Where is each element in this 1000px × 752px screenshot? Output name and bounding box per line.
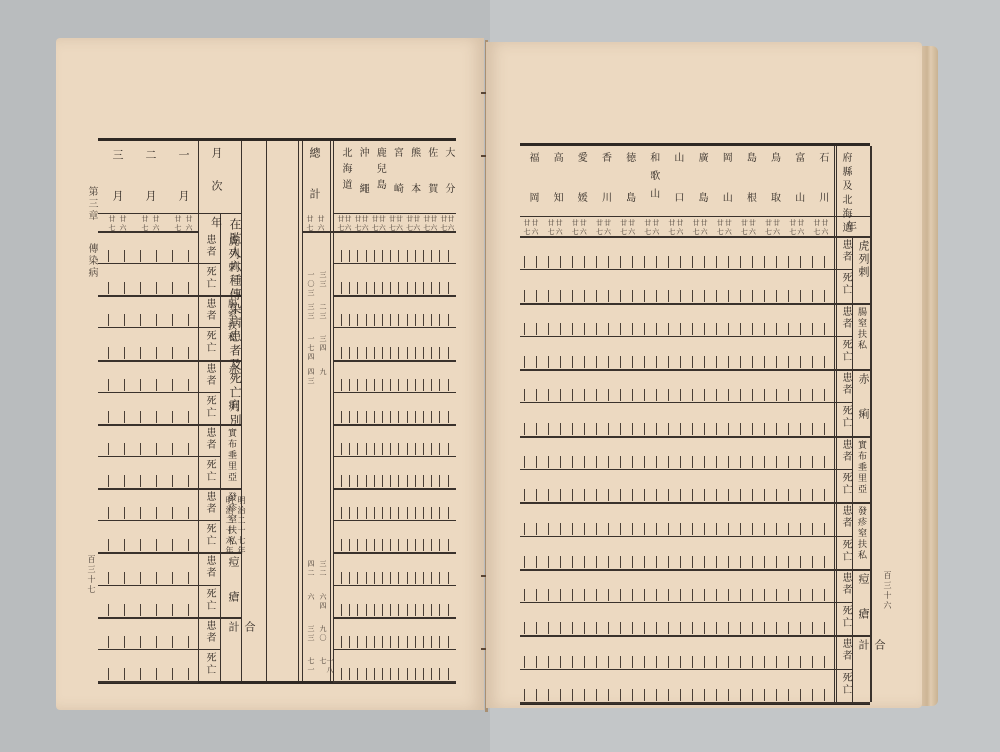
row-divider: [520, 635, 870, 637]
data-tick: [644, 489, 645, 501]
data-tick: [156, 443, 157, 455]
data-tick: [536, 589, 537, 601]
data-tick: [800, 290, 801, 302]
row-divider: [98, 295, 198, 297]
disease-name: 實布埀里亞: [225, 428, 238, 483]
data-tick: [188, 443, 189, 455]
row-divider: [520, 669, 852, 670]
data-tick: [800, 256, 801, 268]
data-tick: [692, 290, 693, 302]
data-tick: [382, 250, 383, 262]
data-tick: [407, 572, 408, 584]
data-tick: [382, 507, 383, 519]
data-tick: [108, 347, 109, 359]
row-label: 死亡: [202, 395, 217, 419]
data-tick: [788, 423, 789, 435]
total-value: 七一: [307, 657, 314, 675]
year-label: 廿七: [547, 219, 555, 237]
row-divider: [520, 402, 852, 403]
data-tick: [608, 456, 609, 468]
data-tick: [366, 250, 367, 262]
data-tick: [632, 622, 633, 634]
data-tick: [172, 379, 173, 391]
divider: [834, 146, 835, 702]
total-value: 三三: [307, 303, 314, 321]
data-tick: [398, 539, 399, 551]
data-tick: [374, 604, 375, 616]
data-tick: [752, 356, 753, 368]
row-label: 患者: [202, 491, 217, 515]
data-tick: [656, 456, 657, 468]
data-tick: [439, 475, 440, 487]
data-tick: [390, 668, 391, 680]
disease-name: 合計: [225, 621, 257, 681]
data-tick: [390, 411, 391, 423]
data-tick: [728, 456, 729, 468]
data-tick: [536, 456, 537, 468]
row-divider: [333, 649, 456, 650]
data-tick: [374, 572, 375, 584]
data-tick: [341, 668, 342, 680]
data-tick: [716, 456, 717, 468]
year-label: 廿六: [413, 215, 421, 233]
data-tick: [716, 589, 717, 601]
data-tick: [812, 456, 813, 468]
row-divider: [520, 569, 870, 571]
data-tick: [560, 489, 561, 501]
data-tick: [776, 423, 777, 435]
row-divider: [98, 456, 198, 457]
row-divider: [333, 585, 456, 586]
row-label: 患者: [202, 620, 217, 644]
data-tick: [448, 411, 449, 423]
data-tick: [656, 323, 657, 335]
data-tick: [740, 290, 741, 302]
disease-name: 痘瘡: [225, 556, 241, 626]
divider: [333, 141, 334, 681]
row-divider: [333, 488, 456, 490]
data-tick: [349, 411, 350, 423]
data-tick: [357, 636, 358, 648]
row-label: 死亡: [838, 272, 853, 296]
data-tick: [390, 475, 391, 487]
data-tick: [740, 523, 741, 535]
month-col-header: 月次: [211, 147, 222, 213]
right-table: 府縣及北海道年石川廿七廿六富山廿七廿六鳥取廿七廿六島根廿七廿六岡山廿七廿六廣島廿…: [520, 143, 870, 705]
data-tick: [800, 489, 801, 501]
data-tick: [524, 622, 525, 634]
row-divider: [520, 369, 870, 371]
data-tick: [398, 604, 399, 616]
data-tick: [632, 256, 633, 268]
data-tick: [812, 689, 813, 701]
year-label: 廿七: [813, 219, 821, 237]
data-tick: [439, 314, 440, 326]
data-tick: [415, 572, 416, 584]
year-label: 廿六: [430, 215, 438, 233]
data-tick: [716, 556, 717, 568]
data-tick: [632, 290, 633, 302]
data-tick: [357, 604, 358, 616]
data-tick: [172, 475, 173, 487]
data-tick: [800, 389, 801, 401]
data-tick: [728, 622, 729, 634]
data-tick: [431, 572, 432, 584]
data-tick: [374, 347, 375, 359]
data-tick: [680, 556, 681, 568]
row-divider: [198, 392, 220, 393]
data-tick: [341, 347, 342, 359]
data-tick: [824, 689, 825, 701]
year-label: 廿七: [789, 219, 797, 237]
data-tick: [407, 314, 408, 326]
data-tick: [188, 604, 189, 616]
row-label: 患者: [202, 234, 217, 258]
data-tick: [382, 636, 383, 648]
table-title: 在監人六種傳染病患者及死亡月別: [227, 218, 244, 428]
data-tick: [341, 475, 342, 487]
data-tick: [374, 668, 375, 680]
row-divider: [98, 520, 198, 521]
data-tick: [415, 411, 416, 423]
data-tick: [366, 475, 367, 487]
data-tick: [620, 556, 621, 568]
data-tick: [680, 389, 681, 401]
data-tick: [740, 656, 741, 668]
data-tick: [349, 250, 350, 262]
year-col-header: 年: [846, 221, 857, 232]
data-tick: [524, 556, 525, 568]
data-tick: [524, 523, 525, 535]
data-tick: [390, 314, 391, 326]
data-tick: [448, 507, 449, 519]
data-tick: [752, 689, 753, 701]
data-tick: [357, 475, 358, 487]
year-label: 廿六: [797, 219, 805, 237]
data-tick: [764, 356, 765, 368]
data-tick: [812, 423, 813, 435]
disease-name: 合計: [855, 639, 887, 702]
data-tick: [572, 622, 573, 634]
data-tick: [800, 689, 801, 701]
data-tick: [382, 668, 383, 680]
data-tick: [124, 668, 125, 680]
data-tick: [824, 323, 825, 335]
data-tick: [382, 604, 383, 616]
data-tick: [349, 314, 350, 326]
data-tick: [357, 411, 358, 423]
data-tick: [776, 489, 777, 501]
data-tick: [366, 572, 367, 584]
data-tick: [172, 636, 173, 648]
left-table: 三月廿七廿六二月廿七廿六一月廿七廿六月次年總計廿七廿六大分廿七廿六佐賀廿七廿六熊…: [98, 138, 456, 684]
data-tick: [716, 290, 717, 302]
data-tick: [596, 389, 597, 401]
disease-name: 赤痢: [855, 373, 871, 443]
data-tick: [812, 656, 813, 668]
data-tick: [632, 489, 633, 501]
data-tick: [374, 475, 375, 487]
data-tick: [374, 507, 375, 519]
data-tick: [728, 290, 729, 302]
data-tick: [728, 489, 729, 501]
data-tick: [439, 507, 440, 519]
row-divider: [98, 488, 198, 490]
data-tick: [415, 539, 416, 551]
data-tick: [824, 423, 825, 435]
data-tick: [728, 389, 729, 401]
year-label: 廿六: [773, 219, 781, 237]
data-tick: [108, 314, 109, 326]
data-tick: [656, 589, 657, 601]
data-tick: [572, 523, 573, 535]
data-tick: [172, 250, 173, 262]
data-tick: [704, 456, 705, 468]
data-tick: [752, 556, 753, 568]
data-tick: [423, 507, 424, 519]
data-tick: [752, 389, 753, 401]
data-tick: [716, 423, 717, 435]
data-tick: [560, 622, 561, 634]
row-divider: [520, 303, 870, 305]
data-tick: [124, 411, 125, 423]
data-tick: [776, 456, 777, 468]
data-tick: [357, 347, 358, 359]
data-tick: [812, 323, 813, 335]
total-value: 四三: [307, 368, 314, 386]
data-tick: [140, 636, 141, 648]
data-tick: [740, 489, 741, 501]
data-tick: [728, 589, 729, 601]
data-tick: [584, 589, 585, 601]
data-tick: [776, 556, 777, 568]
data-tick: [764, 323, 765, 335]
data-tick: [788, 589, 789, 601]
year-label: 廿六: [152, 215, 160, 233]
data-tick: [398, 636, 399, 648]
data-tick: [620, 622, 621, 634]
data-tick: [366, 507, 367, 519]
data-tick: [728, 656, 729, 668]
data-tick: [357, 379, 358, 391]
data-tick: [366, 604, 367, 616]
data-tick: [548, 290, 549, 302]
data-tick: [668, 523, 669, 535]
data-tick: [656, 489, 657, 501]
data-tick: [172, 604, 173, 616]
data-tick: [188, 475, 189, 487]
data-tick: [776, 323, 777, 335]
data-tick: [415, 507, 416, 519]
data-tick: [764, 489, 765, 501]
divider: [302, 141, 303, 681]
data-tick: [572, 556, 573, 568]
row-divider: [98, 649, 198, 650]
data-tick: [608, 622, 609, 634]
data-tick: [548, 423, 549, 435]
data-tick: [357, 668, 358, 680]
data-tick: [407, 443, 408, 455]
data-tick: [140, 347, 141, 359]
data-tick: [156, 572, 157, 584]
data-tick: [824, 356, 825, 368]
data-tick: [764, 689, 765, 701]
data-tick: [764, 389, 765, 401]
data-tick: [407, 379, 408, 391]
prefecture-header: 和歌山: [648, 152, 658, 206]
data-tick: [548, 689, 549, 701]
data-tick: [716, 689, 717, 701]
data-tick: [415, 379, 416, 391]
data-tick: [407, 539, 408, 551]
total-value: 三三: [307, 625, 314, 643]
data-tick: [596, 689, 597, 701]
data-tick: [776, 356, 777, 368]
data-tick: [341, 314, 342, 326]
data-tick: [156, 411, 157, 423]
total-value: 一〇三: [307, 271, 314, 298]
data-tick: [188, 539, 189, 551]
data-tick: [415, 282, 416, 294]
row-divider: [198, 327, 220, 328]
data-tick: [824, 523, 825, 535]
data-tick: [366, 282, 367, 294]
data-tick: [423, 347, 424, 359]
data-tick: [439, 604, 440, 616]
data-tick: [398, 250, 399, 262]
data-tick: [800, 656, 801, 668]
data-tick: [536, 423, 537, 435]
data-tick: [548, 556, 549, 568]
row-label: 患者: [838, 572, 853, 596]
data-tick: [415, 347, 416, 359]
year-label: 廿七: [765, 219, 773, 237]
data-tick: [398, 411, 399, 423]
data-tick: [632, 589, 633, 601]
data-tick: [560, 256, 561, 268]
data-tick: [560, 423, 561, 435]
data-tick: [357, 539, 358, 551]
data-tick: [620, 656, 621, 668]
data-tick: [692, 656, 693, 668]
data-tick: [431, 314, 432, 326]
data-tick: [644, 589, 645, 601]
data-tick: [740, 256, 741, 268]
data-tick: [800, 523, 801, 535]
data-tick: [560, 389, 561, 401]
data-tick: [448, 347, 449, 359]
row-label: 患者: [838, 638, 853, 662]
data-tick: [357, 572, 358, 584]
total-value: 一七四: [307, 335, 314, 362]
data-tick: [415, 668, 416, 680]
row-divider: [520, 536, 852, 537]
data-tick: [431, 507, 432, 519]
data-tick: [524, 389, 525, 401]
data-tick: [728, 523, 729, 535]
data-tick: [572, 323, 573, 335]
data-tick: [524, 256, 525, 268]
prefecture-header: 鹿兒島: [374, 147, 384, 195]
data-tick: [752, 423, 753, 435]
data-tick: [548, 456, 549, 468]
data-tick: [431, 250, 432, 262]
data-tick: [341, 636, 342, 648]
row-divider: [198, 263, 220, 264]
data-tick: [398, 668, 399, 680]
data-tick: [620, 256, 621, 268]
data-tick: [776, 622, 777, 634]
row-divider: [520, 502, 870, 504]
year-label: 廿六: [317, 215, 325, 233]
data-tick: [776, 589, 777, 601]
year-label: 廿六: [748, 219, 756, 237]
row-divider: [198, 585, 220, 586]
data-tick: [788, 656, 789, 668]
data-tick: [536, 256, 537, 268]
year-label: 廿六: [344, 215, 352, 233]
year-label: 廿六: [724, 219, 732, 237]
data-tick: [108, 668, 109, 680]
data-tick: [824, 389, 825, 401]
data-tick: [188, 411, 189, 423]
data-tick: [407, 282, 408, 294]
data-tick: [423, 443, 424, 455]
data-tick: [398, 475, 399, 487]
data-tick: [692, 323, 693, 335]
data-tick: [439, 250, 440, 262]
data-tick: [668, 589, 669, 601]
data-tick: [764, 656, 765, 668]
data-tick: [188, 636, 189, 648]
data-tick: [572, 689, 573, 701]
data-tick: [398, 347, 399, 359]
data-tick: [423, 250, 424, 262]
data-tick: [824, 656, 825, 668]
year-label: 廿六: [603, 219, 611, 237]
data-tick: [357, 250, 358, 262]
row-divider: [333, 617, 456, 619]
data-tick: [382, 572, 383, 584]
data-tick: [644, 290, 645, 302]
total-value: 一八七: [319, 657, 333, 681]
row-label: 死亡: [838, 539, 853, 563]
data-tick: [423, 668, 424, 680]
year-label: 廿七: [692, 219, 700, 237]
data-tick: [668, 689, 669, 701]
year-label: 廿六: [676, 219, 684, 237]
data-tick: [584, 356, 585, 368]
data-tick: [349, 282, 350, 294]
data-tick: [390, 443, 391, 455]
year-label: 廿六: [447, 215, 455, 233]
row-divider: [333, 295, 456, 297]
data-tick: [800, 423, 801, 435]
data-tick: [341, 379, 342, 391]
data-tick: [448, 282, 449, 294]
data-tick: [560, 323, 561, 335]
data-tick: [382, 443, 383, 455]
data-tick: [156, 636, 157, 648]
data-tick: [431, 411, 432, 423]
row-divider: [333, 360, 456, 362]
data-tick: [536, 523, 537, 535]
data-tick: [156, 539, 157, 551]
data-tick: [608, 256, 609, 268]
row-label: 患者: [838, 372, 853, 396]
data-tick: [108, 411, 109, 423]
data-tick: [764, 556, 765, 568]
